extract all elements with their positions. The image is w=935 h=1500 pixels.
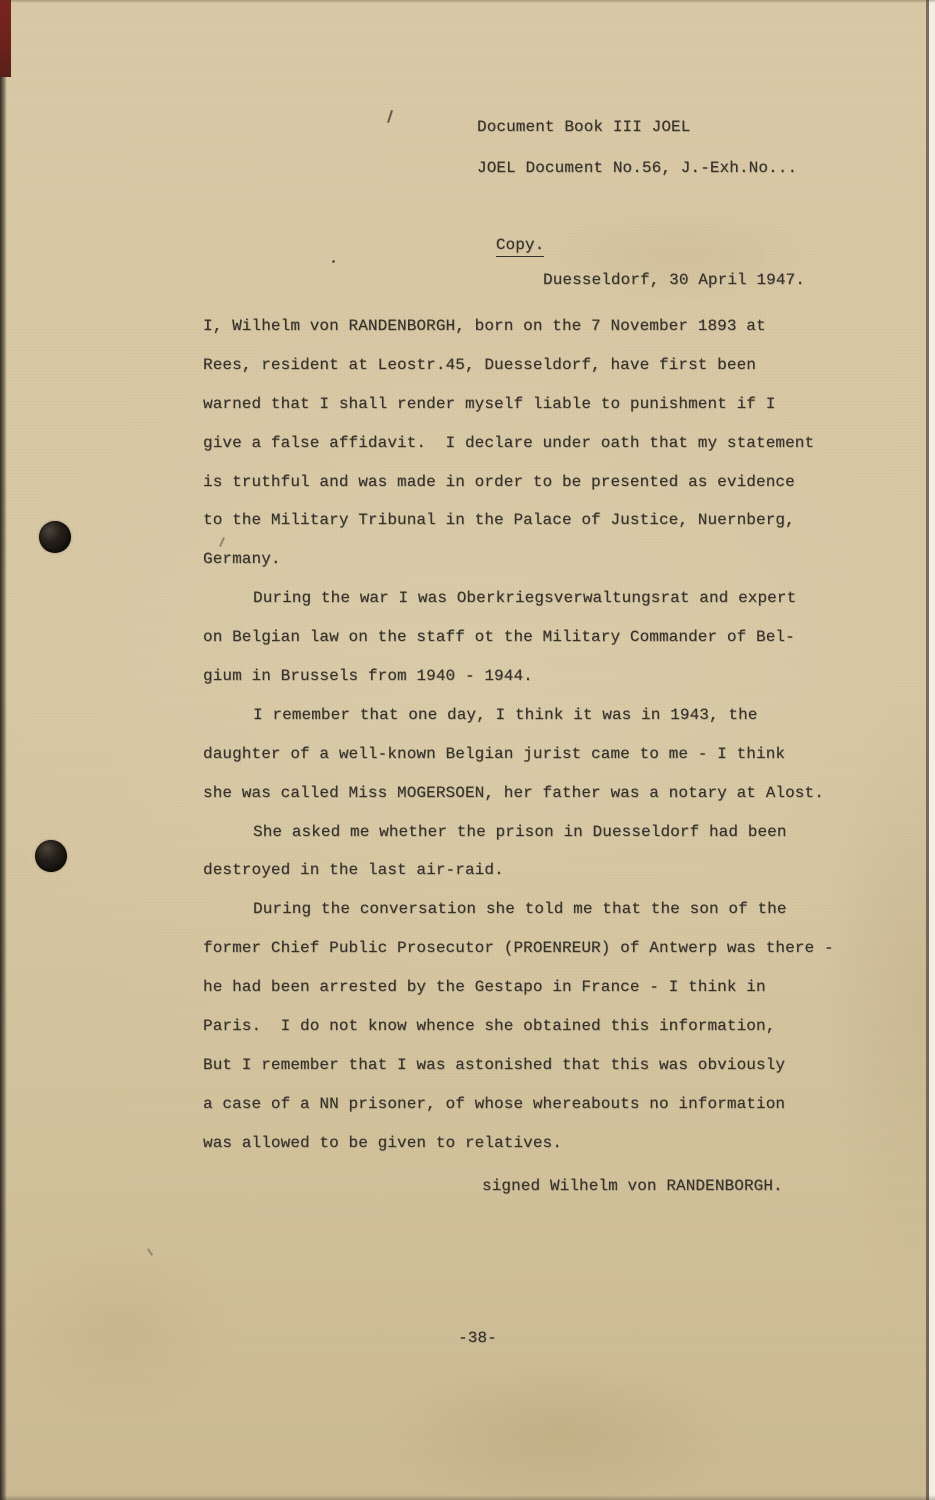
paper-speck: [387, 110, 393, 123]
body-line: daughter of a well-known Belgian jurist …: [203, 735, 883, 774]
body-line: Paris. I do not know whence she obtained…: [203, 1007, 883, 1046]
body-line: I remember that one day, I think it was …: [203, 696, 883, 735]
page-left-edge-shadow: [0, 0, 7, 1500]
body-line: he had been arrested by the Gestapo in F…: [203, 968, 883, 1007]
body-line: a case of a NN prisoner, of whose wherea…: [203, 1085, 883, 1124]
document-number-line: JOEL Document No.56, J.-Exh.No...: [477, 158, 797, 178]
body-line: warned that I shall render myself liable…: [203, 385, 883, 424]
body-line: former Chief Public Prosecutor (PROENREU…: [203, 929, 883, 968]
body-line: is truthful and was made in order to be …: [203, 463, 883, 502]
signature-line: signed Wilhelm von RANDENBORGH.: [482, 1176, 783, 1196]
body-line: She asked me whether the prison in Duess…: [203, 813, 883, 852]
page-top-edge-shadow: [0, 0, 935, 3]
body-line: gium in Brussels from 1940 - 1944.: [203, 657, 883, 696]
binding-mark-top-left: [0, 0, 11, 77]
body-line: give a false affidavit. I declare under …: [203, 424, 883, 463]
paper-speck: [332, 260, 335, 263]
body-line: Rees, resident at Leostr.45, Duesseldorf…: [203, 346, 883, 385]
body-line: to the Military Tribunal in the Palace o…: [203, 501, 883, 540]
dateline: Duesseldorf, 30 April 1947.: [543, 270, 805, 290]
body-line: But I remember that I was astonished tha…: [203, 1046, 883, 1085]
page-number: -38-: [458, 1328, 497, 1348]
paper-speck: [147, 1248, 153, 1256]
body-line: destroyed in the last air-raid.: [203, 851, 883, 890]
body-line: I, Wilhelm von RANDENBORGH, born on the …: [203, 307, 883, 346]
body-line: she was called Miss MOGERSOEN, her fathe…: [203, 774, 883, 813]
document-page: Document Book III JOEL JOEL Document No.…: [0, 0, 935, 1500]
document-book-title: Document Book III JOEL: [477, 117, 690, 137]
body-line: During the war I was Oberkriegsverwaltun…: [203, 579, 883, 618]
page-bottom-edge-shadow: [0, 1495, 935, 1500]
body-line: Germany.: [203, 540, 883, 579]
affidavit-body: I, Wilhelm von RANDENBORGH, born on the …: [203, 307, 883, 1163]
punch-hole-top: [39, 521, 71, 553]
scan-right-margin: [929, 0, 935, 1500]
punch-hole-bottom: [32, 837, 71, 876]
body-line: on Belgian law on the staff ot the Milit…: [203, 618, 883, 657]
body-line: During the conversation she told me that…: [203, 890, 883, 929]
body-line: was allowed to be given to relatives.: [203, 1124, 883, 1163]
copy-label-text: Copy.: [496, 235, 545, 257]
copy-label: Copy.: [457, 215, 544, 277]
